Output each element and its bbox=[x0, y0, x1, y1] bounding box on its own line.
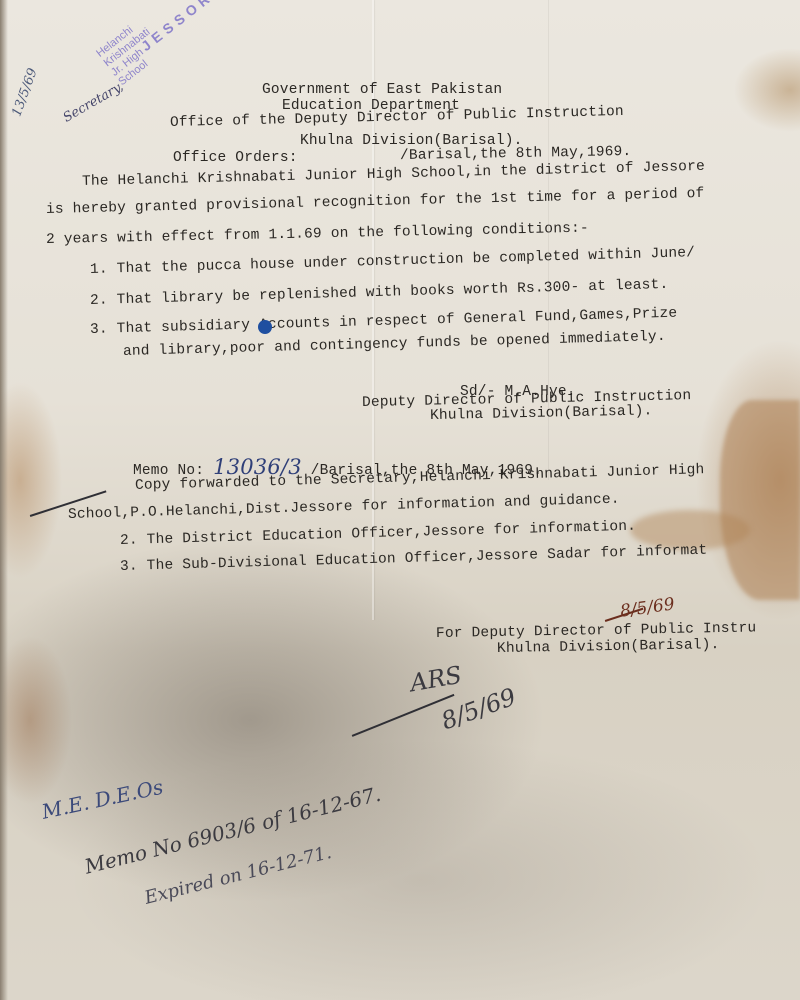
water-stain bbox=[720, 400, 800, 600]
condition-text: That the pucca house under construction … bbox=[116, 245, 695, 277]
copy-text: The Sub-Divisional Education Officer,Jes… bbox=[146, 543, 707, 575]
copy-line-2: School,P.O.Helanchi,Dist.Jessore for inf… bbox=[68, 492, 620, 523]
body-line-3: 2 years with effect from 1.1.69 on the f… bbox=[46, 221, 589, 248]
paper-edge-shadow bbox=[0, 0, 8, 1000]
handwritten-initials: ARS bbox=[408, 661, 464, 698]
condition-number: 3. bbox=[90, 322, 108, 338]
condition-number: 2. bbox=[90, 293, 108, 309]
handwritten-signature-date: 8/5/69 bbox=[619, 594, 676, 621]
copy-number: 3. bbox=[120, 559, 138, 575]
office-orders-title: Office Orders: bbox=[173, 150, 298, 166]
condition-text: That library be replenished with books w… bbox=[116, 277, 668, 308]
copy-number: 2. bbox=[120, 533, 138, 549]
ink-blot bbox=[258, 320, 272, 334]
condition-2: 2. That library be replenished with book… bbox=[90, 277, 669, 309]
stamp-town: JESSORE. bbox=[138, 0, 235, 54]
copy-2: 2. The District Education Officer,Jessor… bbox=[120, 519, 637, 549]
copy-3: 3. The Sub-Divisional Education Officer,… bbox=[120, 543, 708, 575]
copy-text: The District Education Officer,Jessore f… bbox=[146, 519, 636, 549]
header-government: Government of East Pakistan bbox=[262, 82, 502, 98]
handwritten-note-1: M.E. D.E.Os bbox=[40, 775, 166, 824]
signature-division: Khulna Division(Barisal). bbox=[430, 403, 653, 424]
for-line-2: Khulna Division(Barisal). bbox=[497, 637, 720, 657]
condition-number: 1. bbox=[90, 262, 108, 278]
condition-1: 1. That the pucca house under constructi… bbox=[90, 245, 696, 278]
stamp-handwritten-secretary: Secretary, bbox=[61, 79, 126, 125]
stamp-handwritten-date: 13/5/69 bbox=[9, 66, 40, 118]
document-paper: Helanchi Krishnabati Jr. High School JES… bbox=[0, 0, 800, 1000]
body-line-2: is hereby granted provisional recognitio… bbox=[46, 186, 705, 218]
